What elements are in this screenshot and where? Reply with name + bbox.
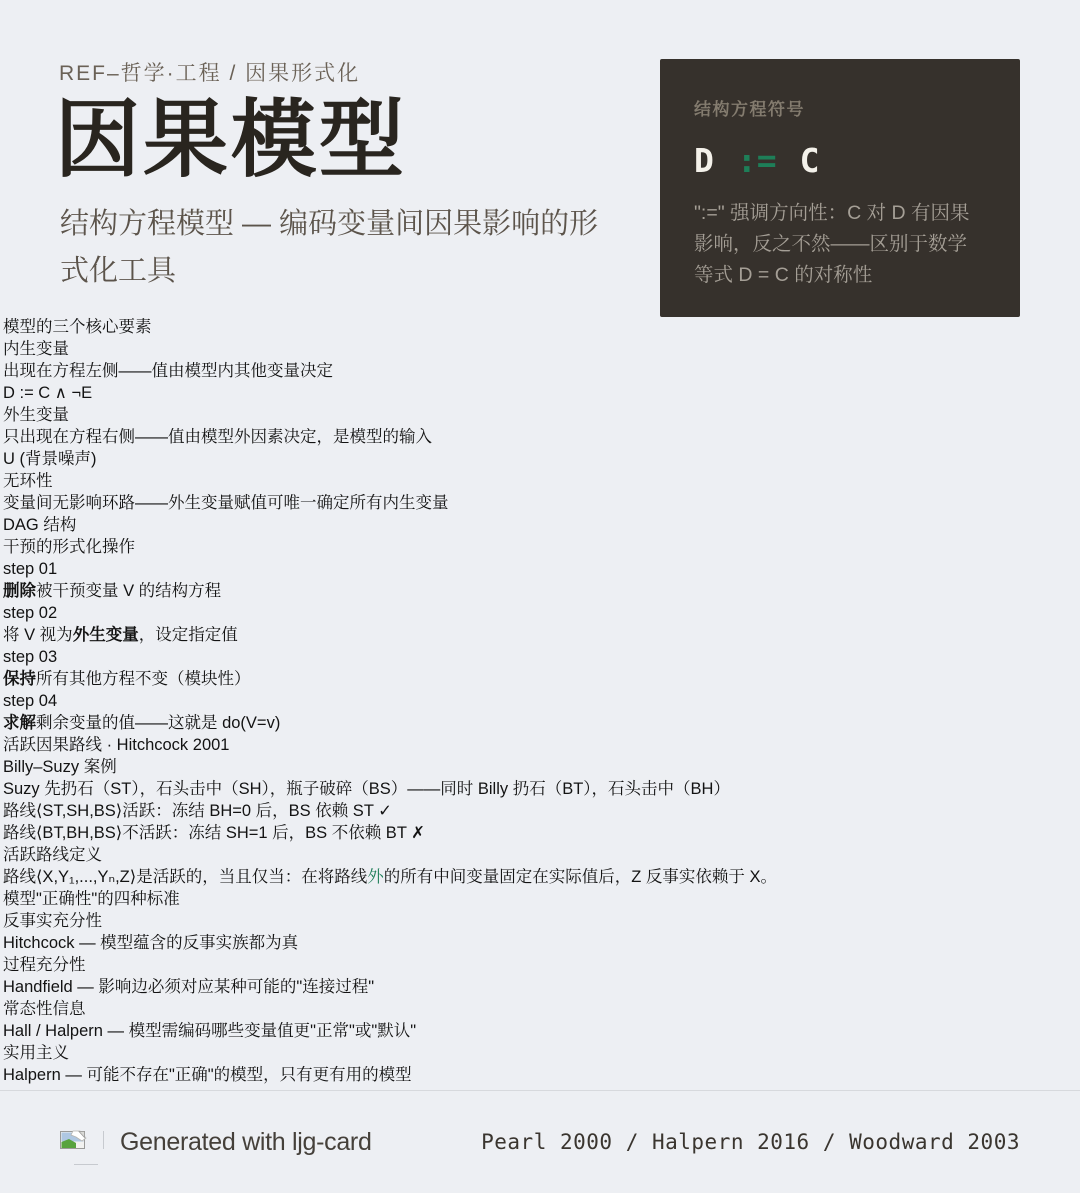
- structural-equation-formula: D := C: [694, 141, 986, 180]
- broken-image-icon: [60, 1119, 106, 1165]
- page-subtitle: 结构方程模型 — 编码变量间因果影响的形式化工具: [60, 201, 612, 295]
- body-line: step 04: [3, 690, 1080, 712]
- body-line: 活跃因果路线 · Hitchcock 2001: [3, 734, 1080, 756]
- body-line: 路线⟨ST,SH,BS⟩活跃：冻结 BH=0 后，BS 依赖 ST ✓: [3, 800, 1080, 822]
- body-line: Hall / Halpern — 模型需编码哪些变量值更"正常"或"默认": [3, 1020, 1080, 1042]
- body-line: 求解剩余变量的值——这就是 do(V=v): [3, 712, 1080, 734]
- notation-box-label: 结构方程符号: [694, 95, 986, 120]
- body-line: 活跃路线定义: [3, 844, 1080, 866]
- body-text: 过程充分性: [3, 956, 86, 974]
- broken-image-border-fragment-right: [103, 1131, 104, 1149]
- body-line: step 01: [3, 558, 1080, 580]
- body-text: DAG 结构: [3, 516, 76, 534]
- body-text: 外生变量: [3, 406, 69, 424]
- body-text: 变量间无影响环路——外生变量赋值可唯一确定所有内生变量: [3, 494, 449, 512]
- generator-credit: Generated with ljg-card: [120, 1128, 372, 1157]
- body-line: D := C ∧ ¬E: [3, 382, 1080, 404]
- body-line: 过程充分性: [3, 954, 1080, 976]
- body-line: 删除被干预变量 V 的结构方程: [3, 580, 1080, 602]
- bold-term: 保持: [3, 670, 36, 688]
- body-line: DAG 结构: [3, 514, 1080, 536]
- broken-image-border-fragment-bottom: [74, 1164, 98, 1165]
- body-text: 常态性信息: [3, 1000, 86, 1018]
- body-line: Hitchcock — 模型蕴含的反事实族都为真: [3, 932, 1080, 954]
- body-line: 将 V 视为外生变量，设定指定值: [3, 624, 1080, 646]
- formula-assignment-operator: :=: [737, 141, 777, 180]
- body-lines: 模型的三个核心要素内生变量出现在方程左侧——值由模型内其他变量决定D := C …: [3, 316, 1080, 1086]
- body-text: D := C ∧ ¬E: [3, 384, 92, 402]
- body-line: 模型"正确性"的四种标准: [3, 888, 1080, 910]
- body-text: 将 V 视为: [3, 626, 73, 644]
- body-line: 变量间无影响环路——外生变量赋值可唯一确定所有内生变量: [3, 492, 1080, 514]
- body-text: 内生变量: [3, 340, 69, 358]
- body-line: Billy–Suzy 案例: [3, 756, 1080, 778]
- body-text: 反事实充分性: [3, 912, 102, 930]
- notation-box-description: ":=" 强调方向性：C 对 D 有因果影响，反之不然——区别于数学等式 D =…: [694, 198, 986, 291]
- bold-term: 求解: [3, 714, 36, 732]
- body-text: 活跃因果路线 · Hitchcock 2001: [3, 736, 229, 754]
- body-text: Handfield — 影响边必须对应某种可能的"连接过程": [3, 978, 374, 996]
- footer-left: Generated with ljg-card: [60, 1119, 372, 1165]
- body-text: 出现在方程左侧——值由模型内其他变量决定: [3, 362, 333, 380]
- body-line: 干预的形式化操作: [3, 536, 1080, 558]
- body-text: U (背景噪声): [3, 450, 97, 468]
- body-line: 内生变量: [3, 338, 1080, 360]
- body-line: 路线⟨X,Y₁,...,Yₙ,Z⟩是活跃的，当且仅当：在将路线外的所有中间变量固…: [3, 866, 1080, 888]
- body-text: step 04: [3, 692, 57, 710]
- body-text: ，设定指定值: [139, 626, 238, 644]
- body-line: Suzy 先扔石（ST），石头击中（SH），瓶子破碎（BS）——同时 Billy…: [3, 778, 1080, 800]
- body-text: 只出现在方程右侧——值由模型外因素决定，是模型的输入: [3, 428, 432, 446]
- bold-term: 外生变量: [73, 626, 139, 644]
- body-text: 模型"正确性"的四种标准: [3, 890, 180, 908]
- body-text: 无环性: [3, 472, 53, 490]
- body-text: Halpern — 可能不存在"正确"的模型，只有更有用的模型: [3, 1066, 412, 1084]
- body-text: 所有其他方程不变（模块性）: [36, 670, 251, 688]
- bold-term: 删除: [3, 582, 36, 600]
- footer: Generated with ljg-card Pearl 2000 / Hal…: [0, 1091, 1080, 1193]
- body-text: 路线⟨X,Y₁,...,Yₙ,Z⟩是活跃的，当且仅当：在将路线: [3, 868, 367, 886]
- body-line: 只出现在方程右侧——值由模型外因素决定，是模型的输入: [3, 426, 1080, 448]
- body-line: 外生变量: [3, 404, 1080, 426]
- body-text: step 02: [3, 604, 57, 622]
- body-text: 活跃路线定义: [3, 846, 102, 864]
- body-line: Handfield — 影响边必须对应某种可能的"连接过程": [3, 976, 1080, 998]
- highlighted-term: 外: [367, 868, 384, 886]
- body-text: 的所有中间变量固定在实际值后，Z 反事实依赖于 X。: [384, 868, 777, 886]
- body-text: 剩余变量的值——这就是 do(V=v): [36, 714, 280, 732]
- formula-lhs: D: [694, 141, 714, 180]
- breadcrumb: REF–哲学·工程 / 因果形式化: [59, 57, 360, 87]
- formula-rhs: C: [800, 141, 820, 180]
- body-line: 路线⟨BT,BH,BS⟩不活跃：冻结 SH=1 后，BS 不依赖 BT ✗: [3, 822, 1080, 844]
- body-text: 实用主义: [3, 1044, 69, 1062]
- body-line: step 02: [3, 602, 1080, 624]
- body-text: step 01: [3, 560, 57, 578]
- body-line: U (背景噪声): [3, 448, 1080, 470]
- body-text: 路线⟨BT,BH,BS⟩不活跃：冻结 SH=1 后，BS 不依赖 BT ✗: [3, 824, 425, 842]
- body-line: 出现在方程左侧——值由模型内其他变量决定: [3, 360, 1080, 382]
- body-line: 保持所有其他方程不变（模块性）: [3, 668, 1080, 690]
- page-title: 因果模型: [55, 92, 407, 188]
- body-text: 路线⟨ST,SH,BS⟩活跃：冻结 BH=0 后，BS 依赖 ST ✓: [3, 802, 392, 820]
- body-text: Suzy 先扔石（ST），石头击中（SH），瓶子破碎（BS）——同时 Billy…: [3, 780, 730, 798]
- body-text: Billy–Suzy 案例: [3, 758, 117, 776]
- body-line: step 03: [3, 646, 1080, 668]
- notation-box: 结构方程符号 D := C ":=" 强调方向性：C 对 D 有因果影响，反之不…: [660, 59, 1020, 317]
- body-line: 反事实充分性: [3, 910, 1080, 932]
- body-line: 实用主义: [3, 1042, 1080, 1064]
- broken-image-glyph: [60, 1129, 87, 1152]
- body-text: step 03: [3, 648, 57, 666]
- body-text: 被干预变量 V 的结构方程: [36, 582, 221, 600]
- body-text: 模型的三个核心要素: [3, 318, 152, 336]
- body-text: Hall / Halpern — 模型需编码哪些变量值更"正常"或"默认": [3, 1022, 416, 1040]
- body-line: Halpern — 可能不存在"正确"的模型，只有更有用的模型: [3, 1064, 1080, 1086]
- body-text: 干预的形式化操作: [3, 538, 135, 556]
- card-page: REF–哲学·工程 / 因果形式化 因果模型 结构方程模型 — 编码变量间因果影…: [0, 0, 1080, 1193]
- body-line: 无环性: [3, 470, 1080, 492]
- body-line: 模型的三个核心要素: [3, 316, 1080, 338]
- body-text: Hitchcock — 模型蕴含的反事实族都为真: [3, 934, 298, 952]
- body-line: 常态性信息: [3, 998, 1080, 1020]
- footer-references: Pearl 2000 / Halpern 2016 / Woodward 200…: [481, 1130, 1020, 1154]
